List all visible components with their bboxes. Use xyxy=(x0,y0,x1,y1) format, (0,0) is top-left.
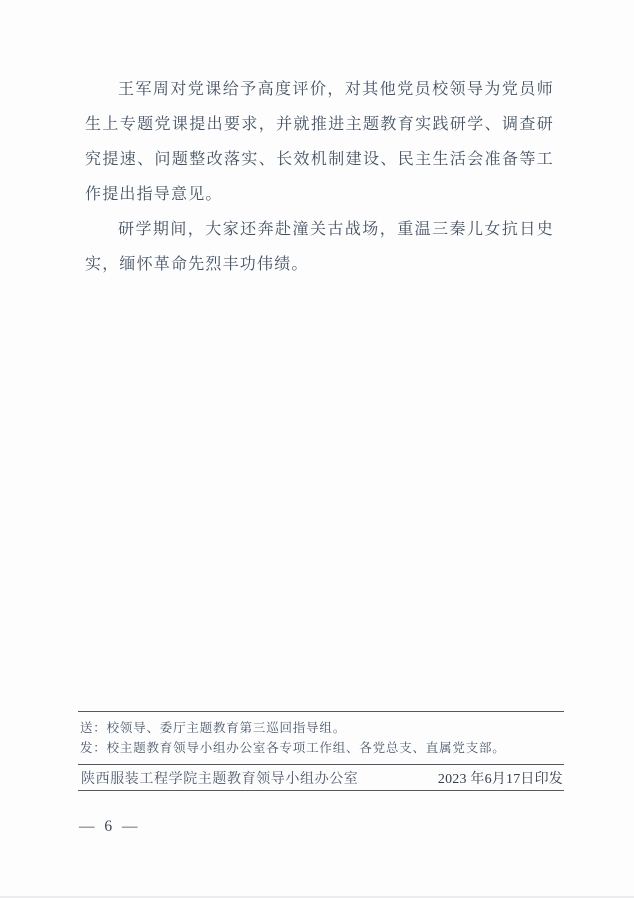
cc-block: 送：校领导、委厅主题教育第三巡回指导组。 发：校主题教育领导小组办公室各专项工作… xyxy=(78,712,564,764)
cc-line: 送：校领导、委厅主题教育第三巡回指导组。 xyxy=(80,718,562,738)
colophon-row: 陕西服装工程学院主题教育领导小组办公室 2023 年6月17日印发 xyxy=(78,765,564,790)
document-page: 王军周对党课给予高度评价，对其他党员校领导为党员师 生上专题党课提出要求，并就推… xyxy=(0,0,634,898)
distribution-line: 发：校主题教育领导小组办公室各专项工作组、各党总支、直属党支部。 xyxy=(80,738,562,758)
annex-block: 送：校领导、委厅主题教育第三巡回指导组。 发：校主题教育领导小组办公室各专项工作… xyxy=(78,711,564,791)
page-number: — 6 — xyxy=(79,818,139,836)
paragraph-2: 研学期间，大家还奔赴潼关古战场，重温三秦儿女抗日史 实，缅怀革命先烈丰功伟绩。 xyxy=(85,212,554,282)
issuer-name: 陕西服装工程学院主题教育领导小组办公室 xyxy=(81,768,358,788)
body-line: 王军周对党课给予高度评价，对其他党员校领导为党员师 xyxy=(85,72,554,107)
body-line: 研学期间，大家还奔赴潼关古战场，重温三秦儿女抗日史 xyxy=(85,212,554,247)
paragraph-1: 王军周对党课给予高度评价，对其他党员校领导为党员师 生上专题党课提出要求，并就推… xyxy=(85,72,554,212)
body-text: 王军周对党课给予高度评价，对其他党员校领导为党员师 生上专题党课提出要求，并就推… xyxy=(85,72,554,282)
body-line: 生上专题党课提出要求，并就推进主题教育实践研学、调查研 xyxy=(85,107,554,142)
body-line: 作提出指导意见。 xyxy=(85,177,554,212)
rule-bottom xyxy=(78,790,564,791)
body-line: 实，缅怀革命先烈丰功伟绩。 xyxy=(85,247,554,282)
body-line: 究提速、问题整改落实、长效机制建设、民主生活会准备等工 xyxy=(85,142,554,177)
print-date: 2023 年6月17日印发 xyxy=(438,768,563,788)
